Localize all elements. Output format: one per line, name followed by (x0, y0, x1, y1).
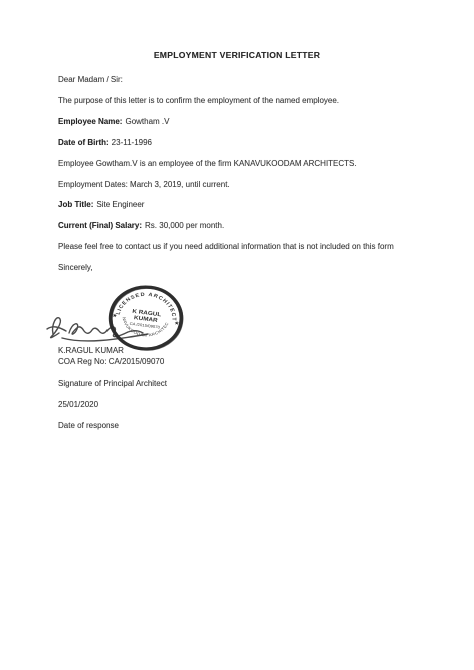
employee-name-label: Employee Name: (58, 117, 122, 126)
employee-name-value: Gowtham .V (125, 117, 169, 126)
employee-name-line: Employee Name:Gowtham .V (58, 117, 169, 126)
job-title-line: Job Title:Site Engineer (58, 200, 144, 209)
firm-line: Employee Gowtham.V is an employee of the… (58, 159, 357, 168)
signature-caption: Signature of Principal Architect (58, 379, 167, 388)
contact-line: Please feel free to contact us if you ne… (58, 242, 394, 251)
job-title-label: Job Title: (58, 200, 93, 209)
signature-strokes (47, 318, 148, 341)
response-caption: Date of response (58, 421, 119, 430)
salary-value: Rs. 30,000 per month. (145, 221, 224, 230)
dob-label: Date of Birth: (58, 138, 109, 147)
employment-dates-line: Employment Dates: March 3, 2019, until c… (58, 180, 230, 189)
stamp-star-right-icon: ★ (174, 320, 180, 327)
dob-line: Date of Birth:23-11-1996 (58, 138, 152, 147)
intro-paragraph: The purpose of this letter is to confirm… (58, 96, 339, 105)
letter-document: EMPLOYMENT VERIFICATION LETTER Dear Mada… (0, 0, 474, 670)
dob-value: 23-11-1996 (112, 138, 152, 147)
signer-name: K.RAGUL KUMAR (58, 346, 124, 355)
signature-scribble (44, 306, 164, 344)
salary-line: Current (Final) Salary:Rs. 30,000 per mo… (58, 221, 224, 230)
page-title: EMPLOYMENT VERIFICATION LETTER (0, 51, 474, 60)
salutation: Dear Madam / Sir: (58, 75, 123, 84)
coa-reg-line: COA Reg No: CA/2015/09070 (58, 357, 164, 366)
job-title-value: Site Engineer (96, 200, 144, 209)
response-date: 25/01/2020 (58, 400, 98, 409)
closing: Sincerely, (58, 263, 93, 272)
salary-label: Current (Final) Salary: (58, 221, 142, 230)
